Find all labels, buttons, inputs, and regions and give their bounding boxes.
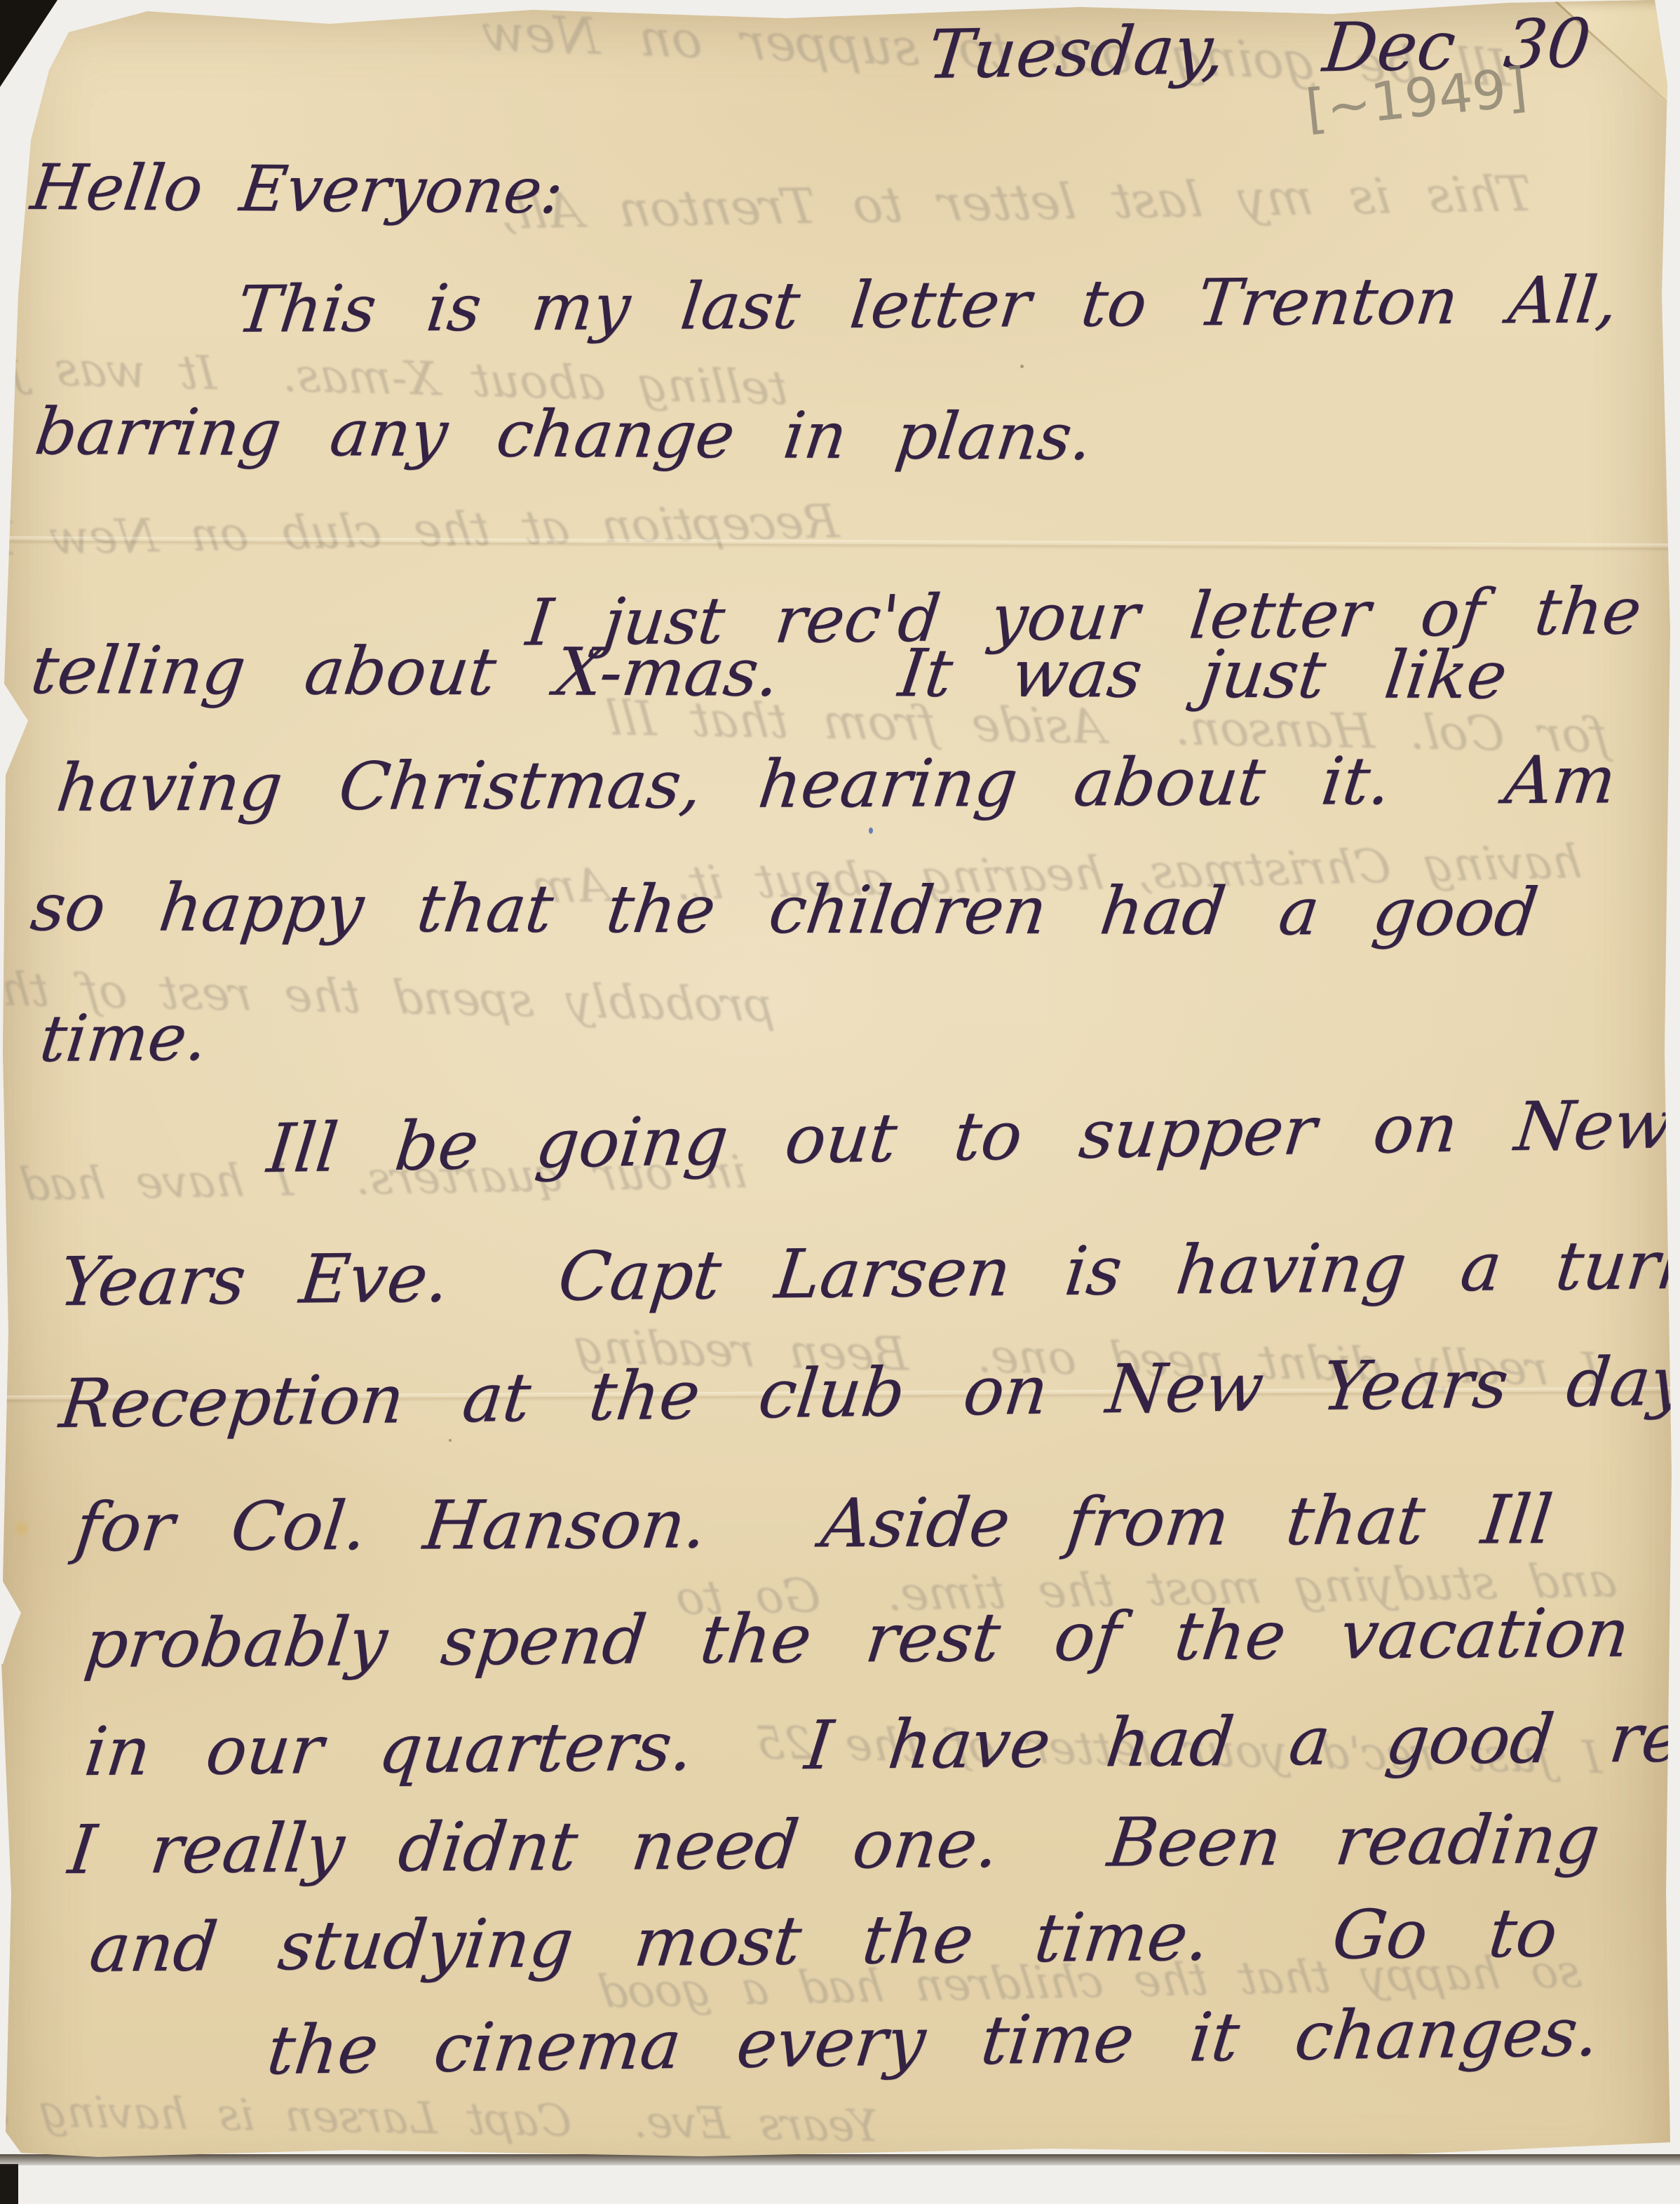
handwritten-line: probably spend the rest of the vacation	[81, 1594, 1634, 1683]
handwritten-line: This is my last letter to Trenton All,	[233, 262, 1622, 347]
bleed-through-text: Years Eve. Capt Larsen is having a turke…	[0, 2081, 881, 2151]
paper-tear	[0, 1581, 22, 1664]
handwritten-line: time.	[36, 1000, 212, 1076]
paper-edge-shadow	[0, 2154, 1680, 2165]
handwritten-line: so happy that the children had a good	[27, 870, 1542, 951]
handwritten-line: barring any change in plans.	[31, 394, 1097, 475]
handwritten-line: for Col. Hanson. Aside from that Ill	[72, 1480, 1557, 1567]
handwritten-line: having Christmas, hearing about it. Am	[53, 742, 1620, 827]
handwritten-line: in our quarters. I have had a good rest,	[81, 1698, 1680, 1791]
handwritten-line: I really didnt need one. Been reading	[65, 1800, 1604, 1889]
handwritten-line: Ill be going out to supper on New	[264, 1085, 1676, 1188]
handwritten-line: and studying most the time. Go to	[86, 1893, 1561, 1987]
ink-speck	[869, 827, 873, 834]
handwritten-line: telling about X-mas. It was just like	[27, 633, 1511, 714]
letter-paper: Ill be going out to supper on New This i…	[0, 0, 1680, 2204]
bleed-through-text: This is my last letter to Trenton All,	[496, 165, 1536, 241]
paper-tear	[0, 684, 29, 775]
handwritten-line: Reception at the club on New Years day	[56, 1342, 1680, 1444]
handwritten-line: the cinema every time it changes.	[264, 1992, 1603, 2090]
handwritten-line: Years Eve. Capt Larsen is having a turke…	[55, 1224, 1680, 1321]
paper-stain	[13, 1518, 31, 1539]
paper-speck	[1020, 365, 1024, 368]
paper-speck	[449, 1439, 452, 1442]
salutation: Hello Everyone:	[27, 151, 567, 228]
scanned-letter-page: Ill be going out to supper on New This i…	[0, 0, 1680, 2204]
scanner-bed-corner	[0, 2164, 18, 2204]
